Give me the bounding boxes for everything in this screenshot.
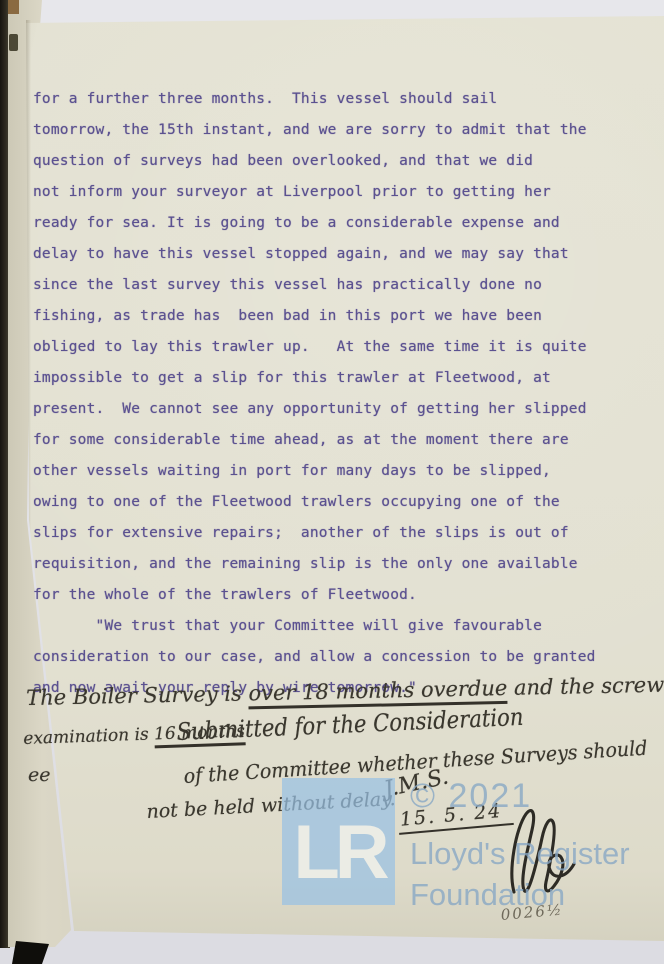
watermark-foundation: Foundation xyxy=(410,877,565,913)
typed-letter-body: for a further three months. This vessel … xyxy=(33,84,648,704)
typed-line: slips for extensive repairs; another of … xyxy=(33,518,648,549)
handwritten-text: The Boiler Survey is xyxy=(26,681,249,710)
handwritten-margin-mark: ee xyxy=(28,764,51,786)
typed-line: fishing, as trade has been bad in this p… xyxy=(33,301,648,332)
typed-line: since the last survey this vessel has pr… xyxy=(33,270,648,301)
binding-fragment xyxy=(8,0,19,14)
typed-line: owing to one of the Fleetwood trawlers o… xyxy=(33,487,648,518)
watermark-copyright: © 2021 xyxy=(410,777,532,816)
typed-line: question of surveys had been overlooked,… xyxy=(33,146,648,177)
binding-mark xyxy=(9,34,18,51)
typed-line: obliged to lay this trawler up. At the s… xyxy=(33,332,648,363)
watermark-lloyds-register: Lloyd's Register xyxy=(410,836,630,872)
typed-line: impossible to get a slip for this trawle… xyxy=(33,363,648,394)
typed-line: ready for sea. It is going to be a consi… xyxy=(33,208,648,239)
typed-line: requisition, and the remaining slip is t… xyxy=(33,549,648,580)
lr-logo-icon: LR xyxy=(282,778,395,905)
typed-line: not inform your surveyor at Liverpool pr… xyxy=(33,177,648,208)
typed-line: for some considerable time ahead, as at … xyxy=(33,425,648,456)
typed-line: tomorrow, the 15th instant, and we are s… xyxy=(33,115,648,146)
lr-logo-letters: LR xyxy=(282,778,395,905)
typed-line: delay to have this vessel stopped again,… xyxy=(33,239,648,270)
lr-logo-text: LR xyxy=(293,810,388,895)
handwritten-text: and the screw xyxy=(507,673,664,700)
typed-line: other vessels waiting in port for many d… xyxy=(33,456,648,487)
typed-line: for a further three months. This vessel … xyxy=(33,84,648,115)
scanned-document-photo: for a further three months. This vessel … xyxy=(0,0,664,964)
typed-line: present. We cannot see any opportunity o… xyxy=(33,394,648,425)
typed-line: for the whole of the trawlers of Fleetwo… xyxy=(33,580,648,611)
typed-line: consideration to our case, and allow a c… xyxy=(33,642,648,673)
typed-line: "We trust that your Committee will give … xyxy=(33,611,648,642)
